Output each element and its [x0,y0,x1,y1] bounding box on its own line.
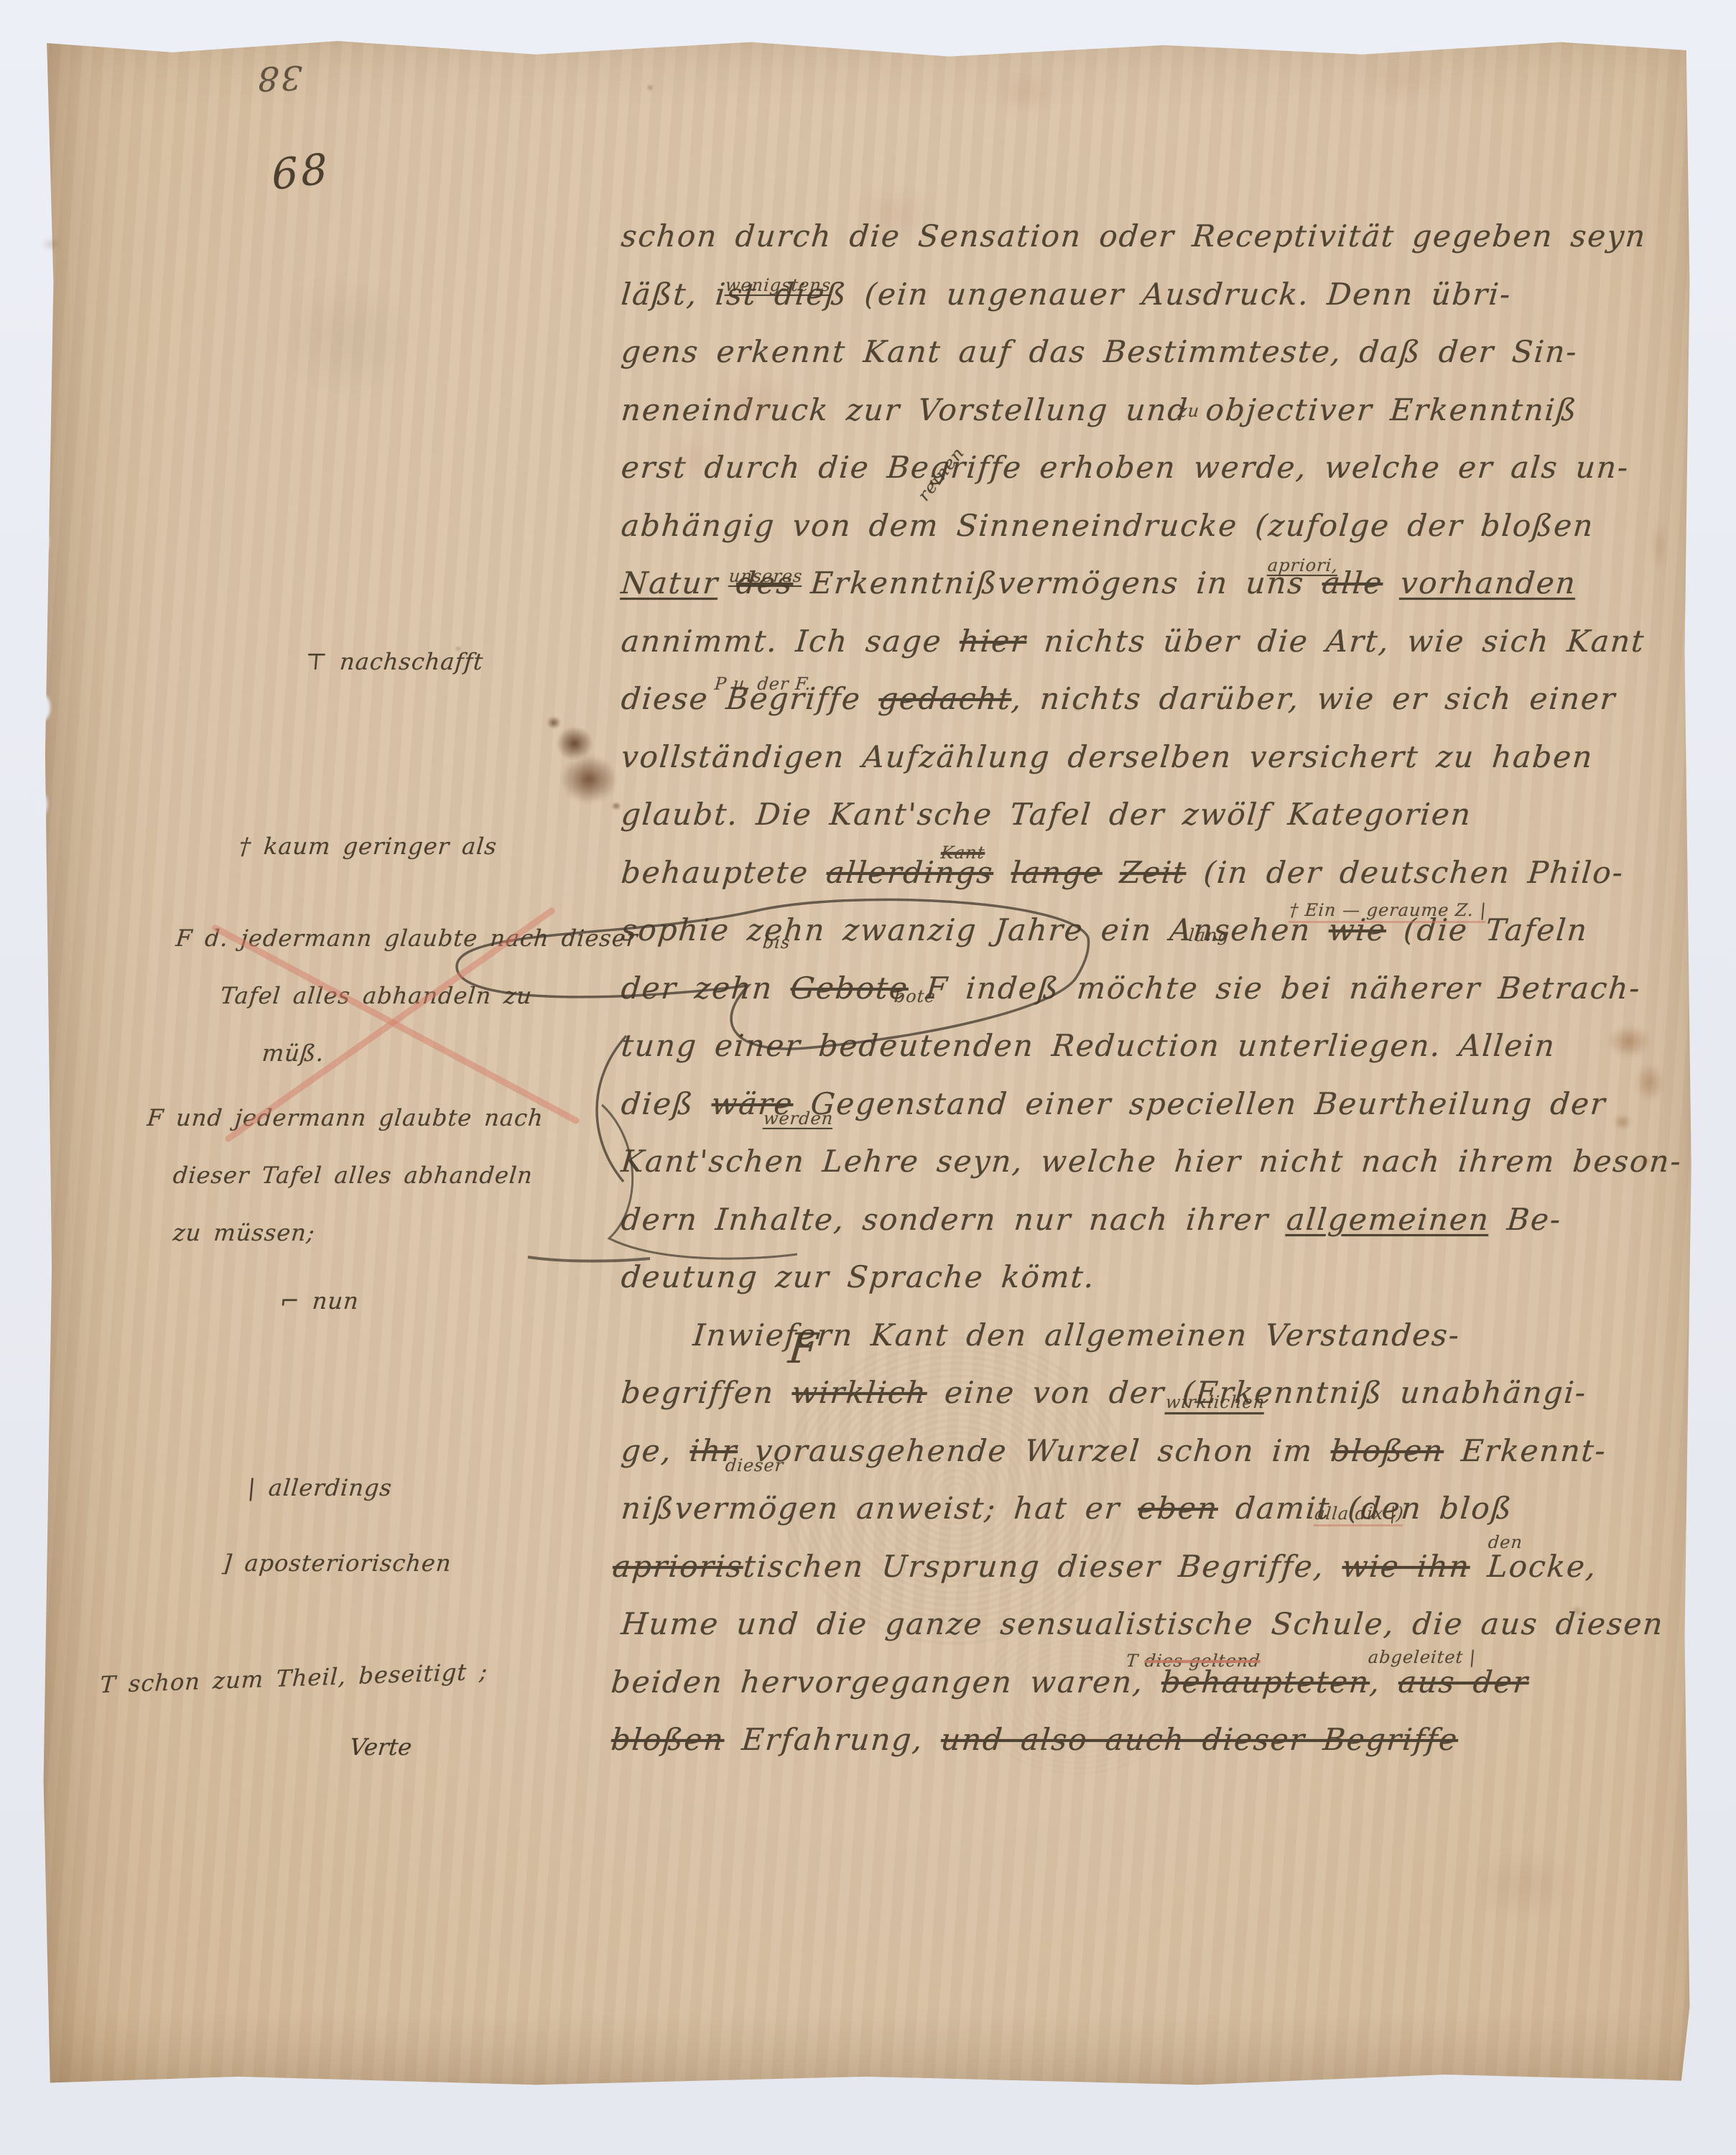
margin-note: ⊤ nachschafft [305,650,485,673]
manuscript-line: gens erkennt Kant auf das Bestimmteste, … [620,337,1579,367]
margin-note: dieser Tafel alles abhandeln [172,1164,534,1187]
margin-note: müß. [261,1042,325,1065]
margin-note: F und jedermann glaubte nach [147,1106,545,1129]
margin-note: Tafel alles abhandeln zu [220,984,534,1007]
interline-insertion: Kant [940,844,985,861]
paper-edge-notch [33,792,47,817]
manuscript-line: deutung zur Sprache kömt. [620,1262,1097,1292]
manuscript-line: dern Inhalte, sondern nur nach ihrer all… [620,1205,1563,1235]
interline-insertion: apriori, [1267,557,1339,574]
manuscript-line: vollständigen Aufzählung derselben versi… [620,742,1595,772]
manuscript-line: schon durch die Sensation oder Receptivi… [620,221,1648,251]
manuscript-line: neneindruck zur Vorstellung und objectiv… [620,395,1579,425]
manuscript-line: beiden hervorgegangen waren, behaupteten… [610,1667,1530,1697]
interline-insertion: wenigstens [725,277,832,294]
interline-insertion: unseres [728,567,804,585]
manuscript-line: Hume und die ganze sensualistische Schul… [620,1609,1665,1639]
interline-insertion: dieser [725,1457,784,1474]
manuscript-line: begriffen wirklich eine von der (Erkennt… [620,1378,1588,1408]
interline-insertion: zu [1177,402,1200,420]
manuscript-line: tung einer bedeutenden Reduction unterli… [620,1031,1557,1061]
manuscript-line: bloßen Erfahrung, und also auch dieser B… [610,1725,1459,1755]
interline-insertion: den [1487,1534,1523,1551]
interline-insertion: alla dix |) [1314,1505,1405,1526]
interline-insertion: bis [762,934,791,951]
manuscript-line: glaubt. Die Kant'sche Tafel der zwölf Ka… [620,800,1473,830]
main-text-block: schon durch die Sensation oder Receptivi… [40,36,1693,2089]
manuscript-line: abhängig von dem Sinneneindrucke (zufolg… [620,511,1595,541]
interline-insertion: P u. der F. [714,675,812,692]
margin-note: ⌐ nun [279,1289,361,1312]
margin-note: ] aposteriorischen [222,1552,452,1575]
paper-sheet: 38 68 schon durch die Sensation oder Rec… [40,36,1693,2089]
interline-insertion: † Ein — geraume Z. | [1289,902,1487,923]
manuscript-line: Kant'schen Lehre seyn, welche hier nicht… [620,1146,1683,1177]
interline-insertion: lang [1188,927,1230,944]
interline-insertion: abgeleitet | [1368,1649,1477,1666]
interline-insertion: F [786,1327,820,1369]
margin-note: F d. jedermann glaubte nach dieser [175,927,639,950]
manuscript-line: der zehn Gebote F indeß möchte sie bei n… [620,973,1642,1004]
interline-insertion: T dies geltend [1125,1652,1261,1669]
margin-note: | allerdings [247,1476,394,1499]
scanned-manuscript-page: 38 68 schon durch die Sensation oder Rec… [0,0,1736,2155]
manuscript-line: annimmt. Ich sage hier nichts über die A… [620,626,1646,657]
interline-insertion: bote [893,988,937,1005]
margin-note: T schon zum Theil, beseitigt ; [100,1660,489,1697]
manuscript-line: aprioristischen Ursprung dieser Begriffe… [611,1552,1598,1582]
manuscript-line: erst durch die Begriffe erhoben werde, w… [620,453,1630,483]
margin-note: zu müssen; [172,1221,317,1244]
interline-insertion: werden [763,1110,834,1127]
manuscript-line: behauptete allerdings lange Zeit (in der… [620,858,1625,888]
paper-edge-notch [34,529,49,555]
margin-note: † kaum geringer als [238,835,498,858]
interline-insertion: wirklichen [1165,1394,1266,1411]
